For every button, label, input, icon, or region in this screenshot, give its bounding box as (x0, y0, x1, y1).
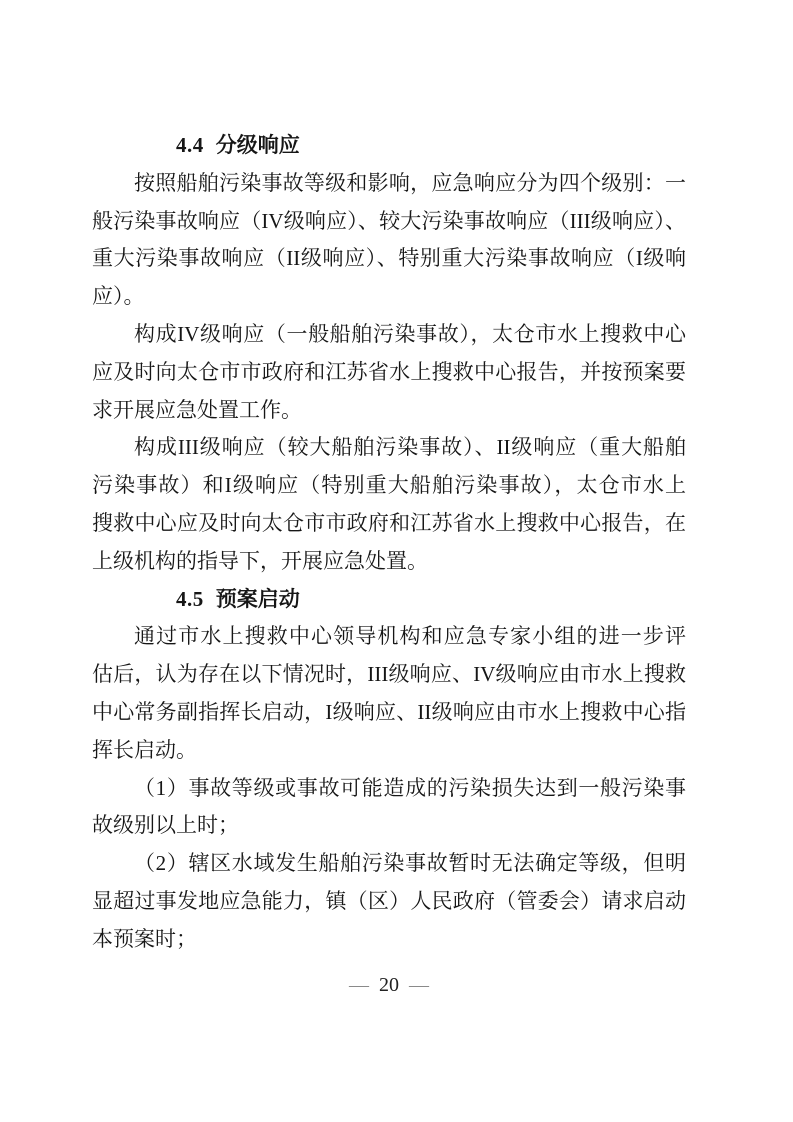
body-line: 故级别以上时； (92, 807, 686, 845)
paragraph: （1）事故等级或事故可能造成的污染损失达到一般污染事 故级别以上时； (92, 770, 686, 846)
document-page: 4.4分级响应 按照船舶污染事故等级和影响，应急响应分为四个级别：一 般污染事故… (0, 0, 793, 1122)
body-line: 污染事故）和I级响应（特别重大船舶污染事故），太仓市水上 (92, 467, 686, 505)
footer-left-dash: — (349, 974, 369, 996)
body-line: 通过市水上搜救中心领导机构和应急专家小组的进一步评 (92, 618, 686, 656)
body-line: 估后，认为存在以下情况时，III级响应、IV级响应由市水上搜救 (92, 656, 686, 694)
body-line: 中心常务副指挥长启动，I级响应、II级响应由市水上搜救中心指 (92, 694, 686, 732)
body-line: 构成IV级响应（一般船舶污染事故），太仓市水上搜救中心 (92, 316, 686, 354)
paragraph: 通过市水上搜救中心领导机构和应急专家小组的进一步评 估后，认为存在以下情况时，I… (92, 618, 686, 769)
body-line: 应）。 (92, 278, 686, 316)
body-line: 上级机构的指导下，开展应急处置。 (92, 543, 686, 581)
section-heading-4-5: 4.5预案启动 (92, 581, 686, 619)
body-line: （1）事故等级或事故可能造成的污染损失达到一般污染事 (92, 770, 686, 808)
section-heading-4-4: 4.4分级响应 (92, 127, 686, 165)
footer-right-dash: — (409, 974, 429, 996)
body-line: 求开展应急处置工作。 (92, 392, 686, 430)
body-line: （2）辖区水域发生船舶污染事故暂时无法确定等级，但明 (92, 845, 686, 883)
body-line: 按照船舶污染事故等级和影响，应急响应分为四个级别：一 (92, 165, 686, 203)
paragraph: 构成IV级响应（一般船舶污染事故），太仓市水上搜救中心 应及时向太仓市市政府和江… (92, 316, 686, 429)
body-line: 显超过事发地应急能力，镇（区）人民政府（管委会）请求启动 (92, 883, 686, 921)
body-line: 般污染事故响应（IV级响应）、较大污染事故响应（III级响应）、 (92, 203, 686, 241)
section-number: 4.4 (134, 127, 204, 165)
body-line: 本预案时； (92, 921, 686, 959)
paragraph: 按照船舶污染事故等级和影响，应急响应分为四个级别：一 般污染事故响应（IV级响应… (92, 165, 686, 316)
section-title: 分级响应 (216, 133, 300, 157)
body-line: 应及时向太仓市市政府和江苏省水上搜救中心报告，并按预案要 (92, 354, 686, 392)
page-footer: —20— (92, 970, 686, 1000)
body-line: 搜救中心应及时向太仓市市政府和江苏省水上搜救中心报告，在 (92, 505, 686, 543)
document-content: 4.4分级响应 按照船舶污染事故等级和影响，应急响应分为四个级别：一 般污染事故… (92, 127, 686, 959)
body-line: 构成III级响应（较大船舶污染事故）、II级响应（重大船舶 (92, 429, 686, 467)
section-title: 预案启动 (216, 587, 300, 611)
paragraph: 构成III级响应（较大船舶污染事故）、II级响应（重大船舶 污染事故）和I级响应… (92, 429, 686, 580)
section-number: 4.5 (134, 581, 204, 619)
paragraph: （2）辖区水域发生船舶污染事故暂时无法确定等级，但明 显超过事发地应急能力，镇（… (92, 845, 686, 958)
page-number: 20 (379, 970, 399, 1000)
body-line: 挥长启动。 (92, 732, 686, 770)
body-line: 重大污染事故响应（II级响应）、特别重大污染事故响应（I级响 (92, 240, 686, 278)
